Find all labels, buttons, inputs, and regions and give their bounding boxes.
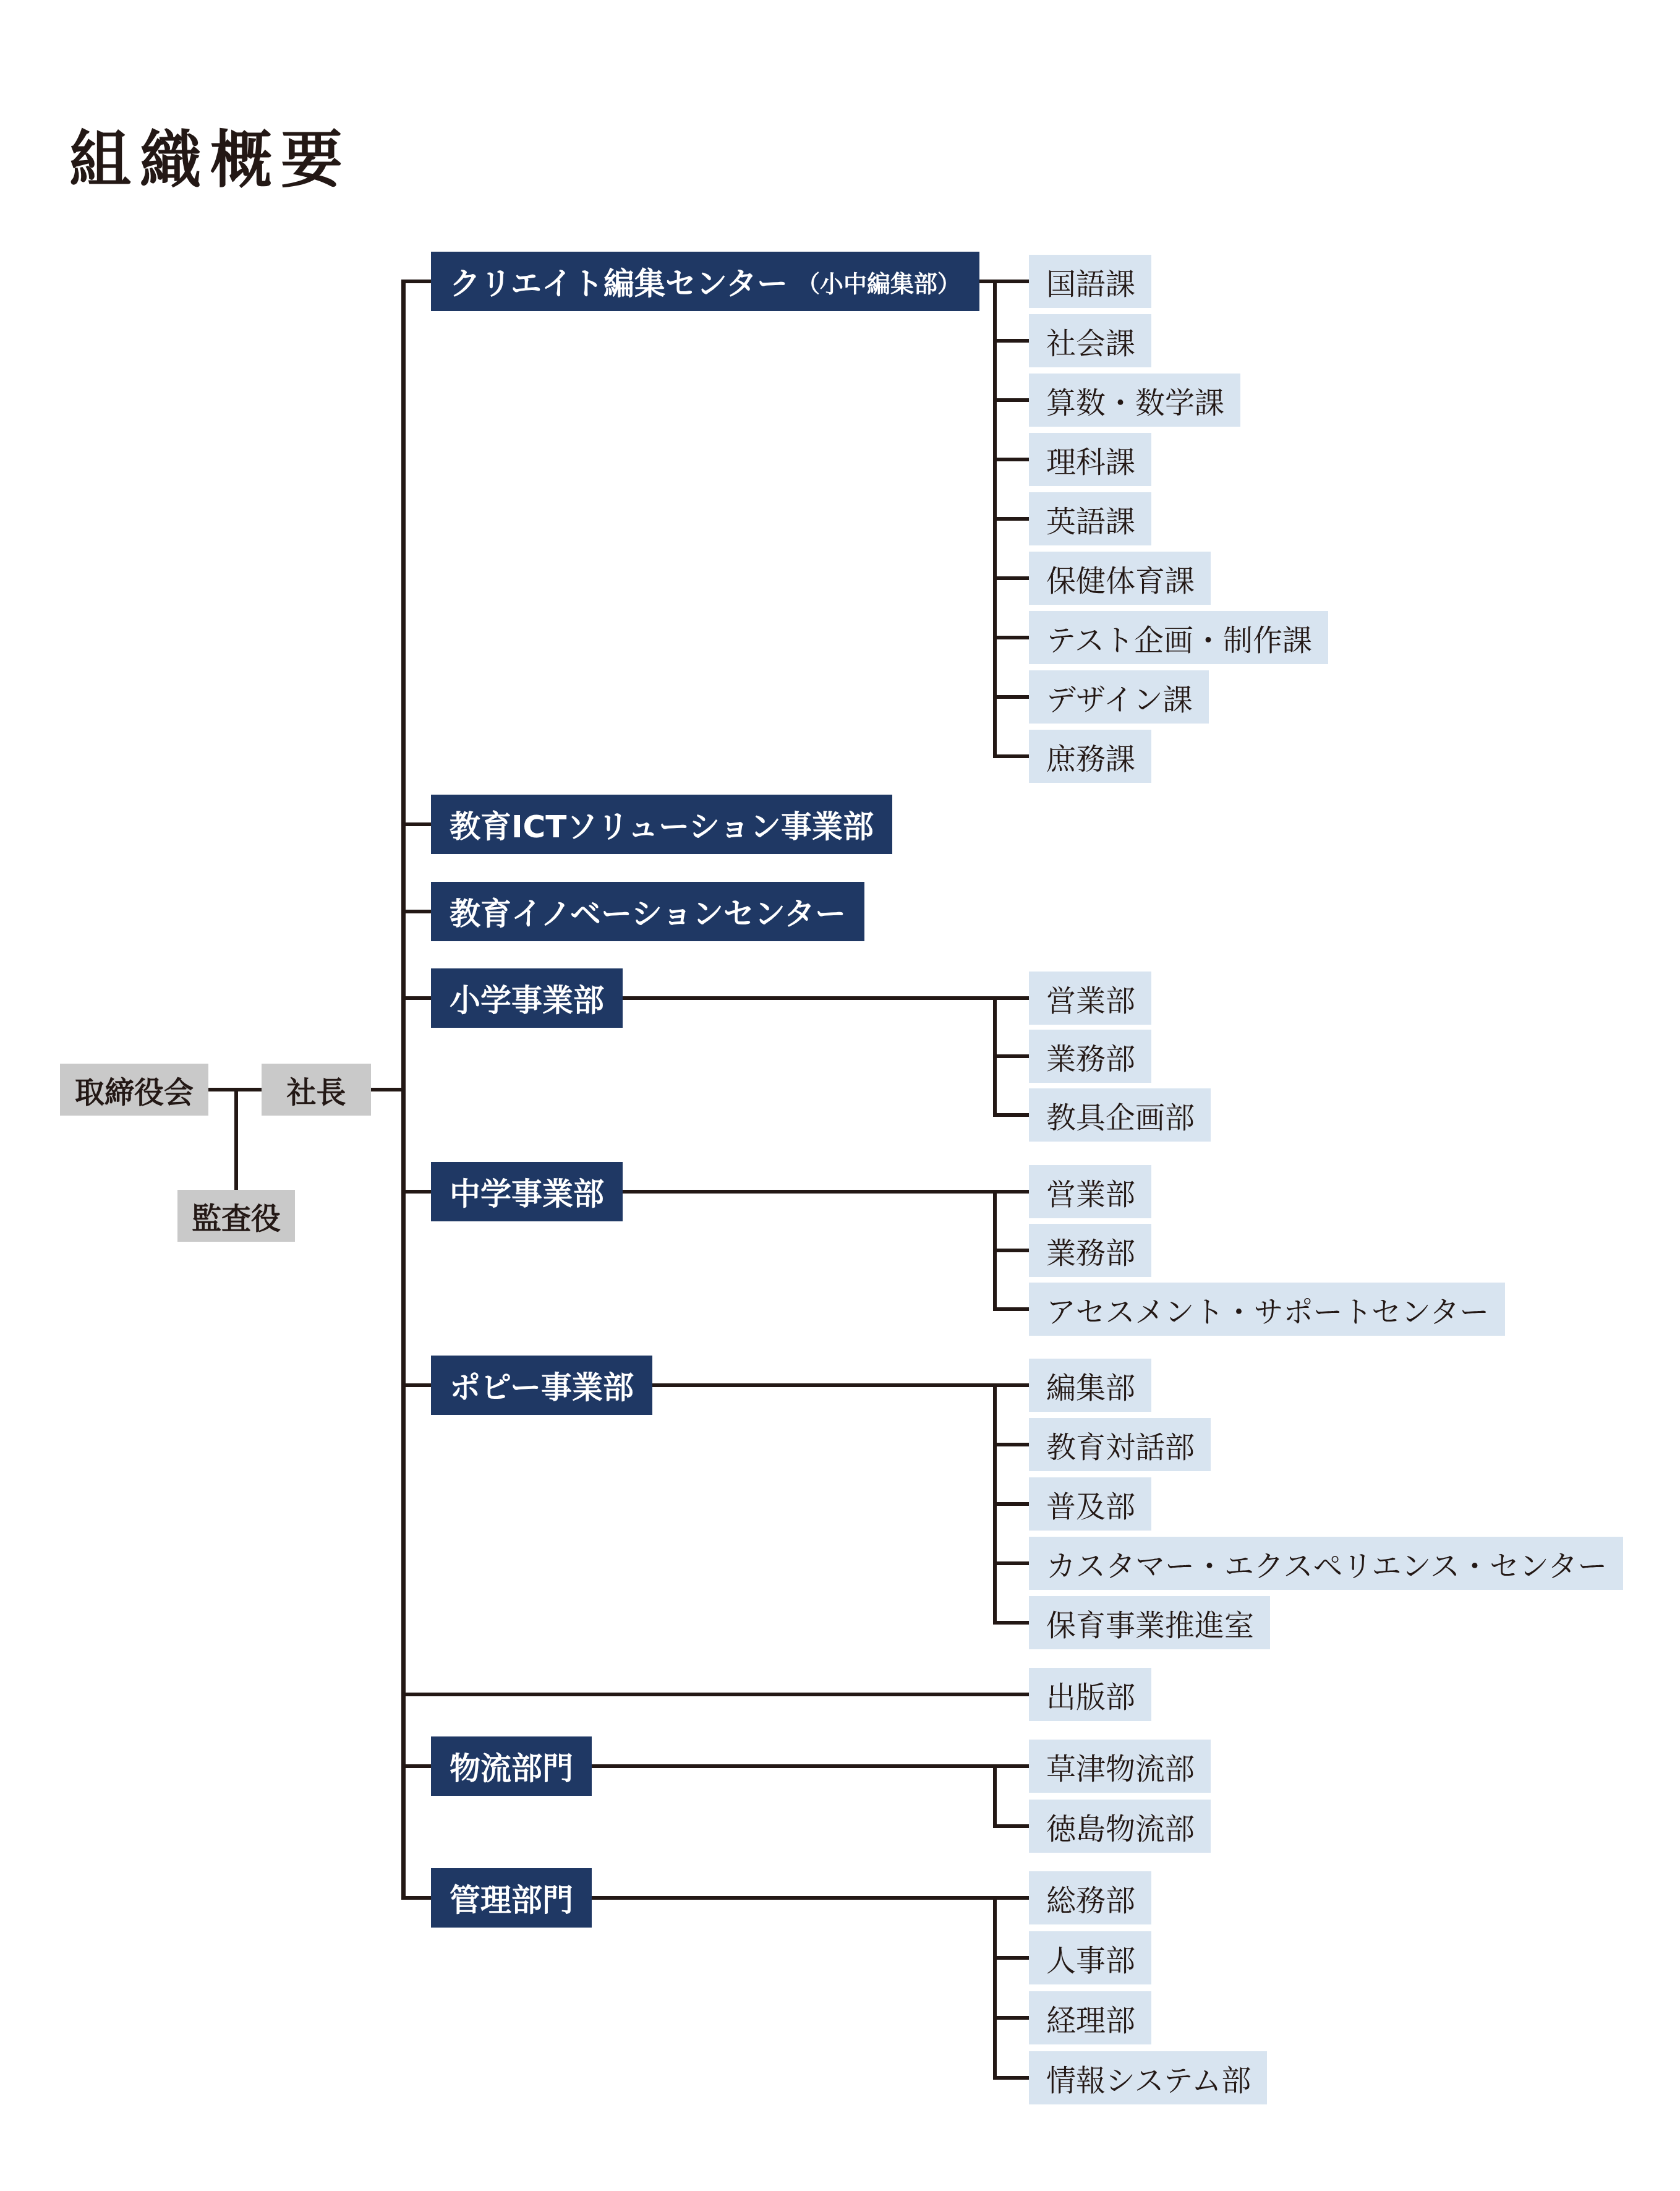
unit-label: 徳島物流部 [1046,1805,1195,1848]
auditor-label: 監査役 [192,1195,281,1237]
president-box: 社長 [262,1064,371,1116]
unit-label: 営業部 [1046,977,1135,1020]
dept-box-junior-high-school-division: 中学事業部 [431,1162,623,1221]
auditor-drop-line [234,1090,238,1190]
unit-label: テスト企画・制作課 [1046,617,1312,659]
page-title: 組織概要 [69,110,351,199]
unit-label: 理科課 [1046,438,1135,481]
child-stub [993,1054,1029,1058]
unit-label: 算数・数学課 [1046,379,1224,422]
board-of-directors-box: 取締役会 [60,1064,208,1116]
child-stub [993,695,1029,699]
unit-label: 人事部 [1046,1937,1135,1980]
unit-label: 社会課 [1046,320,1135,362]
unit-box: 算数・数学課 [1029,374,1240,427]
dept-label-suffix: （小中編集部） [796,265,961,299]
unit-box: 業務部 [1029,1030,1151,1083]
unit-box: 保健体育課 [1029,552,1211,605]
dept-label: 小学事業部 [450,976,604,1020]
unit-label: 情報システム部 [1046,2057,1251,2099]
board-of-directors-label: 取締役会 [75,1069,194,1111]
dept-box-education-ict-solution: 教育ICTソリューション事業部 [431,795,892,854]
unit-label: 出版部 [1046,1673,1135,1716]
unit-label: 保育事業推進室 [1046,1602,1254,1644]
unit-box: 教育対話部 [1029,1418,1211,1471]
unit-label: 草津物流部 [1046,1745,1195,1788]
unit-box: 総務部 [1029,1871,1151,1924]
unit-label: アセスメント・サポートセンター [1046,1288,1489,1331]
dept-label: ポピー事業部 [450,1363,634,1407]
child-stub [993,398,1029,402]
unit-box: 保育事業推進室 [1029,1596,1270,1649]
child-stub [993,339,1029,343]
dept-box-logistics-division: 物流部門 [431,1736,592,1796]
dept-label: 物流部門 [450,1744,573,1788]
unit-label: カスタマー・エクスペリエンス・センター [1046,1542,1607,1585]
unit-label: 国語課 [1046,260,1135,303]
dept-label: 中学事業部 [450,1169,604,1214]
unit-box: 教具企画部 [1029,1088,1211,1142]
unit-box: テスト企画・制作課 [1029,611,1328,664]
child-stub [993,1113,1029,1117]
unit-label: 保健体育課 [1046,557,1195,600]
unit-box: 情報システム部 [1029,2051,1267,2104]
child-stub [993,636,1029,639]
child-stub [993,1307,1029,1311]
dept-label: 教育ICTソリューション事業部 [450,802,874,847]
child-stub [993,754,1029,758]
unit-box: 社会課 [1029,314,1151,367]
unit-label: 業務部 [1046,1229,1135,1272]
unit-box: アセスメント・サポートセンター [1029,1283,1505,1336]
unit-label: 庶務課 [1046,735,1135,778]
unit-box: 編集部 [1029,1359,1151,1412]
unit-box: 営業部 [1029,972,1151,1025]
unit-label: 教育対話部 [1046,1424,1195,1466]
child-stub [993,1502,1029,1506]
unit-label: 教具企画部 [1046,1094,1195,1137]
unit-box: 業務部 [1029,1224,1151,1277]
child-stub [993,517,1029,521]
child-stub [993,576,1029,580]
child-stub [993,1249,1029,1252]
child-stub [993,1561,1029,1565]
unit-label: 英語課 [1046,498,1135,540]
unit-label: 営業部 [1046,1171,1135,1213]
unit-box: 国語課 [1029,255,1151,308]
dept-box-elementary-school-division: 小学事業部 [431,968,623,1028]
unit-label: 編集部 [1046,1364,1135,1407]
child-stub [993,458,1029,461]
unit-box: 普及部 [1029,1477,1151,1531]
child-stub [993,2076,1029,2080]
dept-label: 教育イノベーションセンター [450,889,846,934]
unit-box: 英語課 [1029,492,1151,545]
unit-box: 人事部 [1029,1931,1151,1984]
row-line-publishing [401,1693,1029,1696]
president-label: 社長 [286,1069,346,1111]
unit-label: 総務部 [1046,1877,1135,1920]
unit-box: 経理部 [1029,1991,1151,2044]
unit-box: 理科課 [1029,433,1151,486]
child-stub [993,1443,1029,1446]
auditor-box: 監査役 [177,1190,295,1242]
child-stub [993,1621,1029,1625]
dept-box-poppy-division: ポピー事業部 [431,1356,652,1415]
dept-label: 管理部門 [450,1876,573,1920]
children-vline-logistics [993,1764,997,1828]
children-vline-administration [993,1896,997,2080]
child-stub [993,1824,1029,1828]
unit-box: 営業部 [1029,1165,1151,1218]
unit-label: 普及部 [1046,1483,1135,1526]
child-stub [993,2016,1029,2020]
dept-label: クリエイト編集センター [450,259,788,304]
unit-box: カスタマー・エクスペリエンス・センター [1029,1537,1623,1590]
unit-box: 草津物流部 [1029,1740,1211,1793]
unit-box: 庶務課 [1029,730,1151,783]
child-stub [993,1956,1029,1960]
dept-box-education-innovation-center: 教育イノベーションセンター [431,882,864,941]
unit-label: 業務部 [1046,1035,1135,1078]
unit-box: 徳島物流部 [1029,1800,1211,1853]
unit-label: デザイン課 [1046,676,1193,719]
unit-box-publishing: 出版部 [1029,1668,1151,1721]
unit-box: デザイン課 [1029,670,1209,724]
dept-box-administration-division: 管理部門 [431,1868,592,1928]
dept-box-create-editing-center: クリエイト編集センター （小中編集部） [431,252,979,311]
unit-label: 経理部 [1046,1997,1135,2039]
org-chart-canvas: 組織概要 取締役会 社長 監 [0,0,1680,2191]
